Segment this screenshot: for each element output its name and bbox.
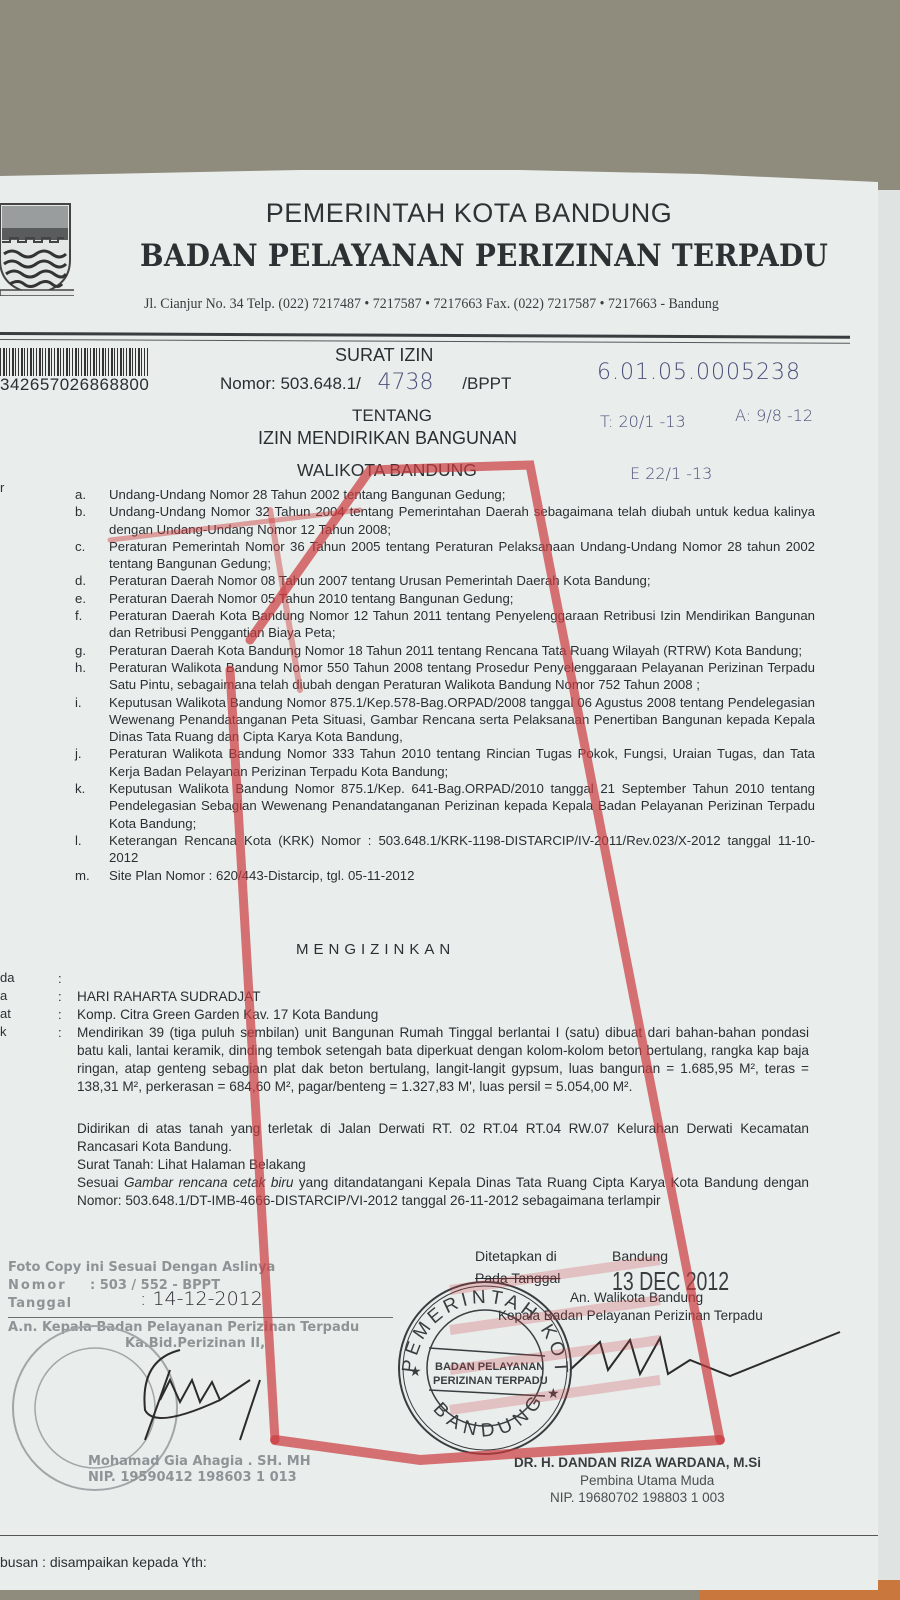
consideration-label: l. [75,832,109,867]
letterhead-rule-thin [0,339,850,344]
svg-text:PERIZINAN TERPADU: PERIZINAN TERPADU [433,1375,548,1387]
svg-text:★: ★ [409,1363,422,1379]
field-colons: :::: [58,970,62,1042]
consideration-label: k. [75,780,109,832]
signer-rank: Pembina Utama Muda [580,1473,714,1488]
letter-number-handwritten: 4738 [378,370,434,395]
letter-title: SURAT IZIN [335,345,433,366]
margin-label: r [0,480,4,495]
plan-reference: Sesuai Gambar rencana cetak biru yang di… [77,1174,809,1210]
handwritten-note-a: A: 9/8 -12 [735,406,813,425]
permit-purpose: Mendirikan 39 (tiga puluh sembilan) unit… [77,1024,809,1096]
on-behalf: An. Walikota Bandung [570,1290,703,1305]
margin-label: a [0,988,7,1003]
svg-text:BADAN PELAYANAN: BADAN PELAYANAN [435,1361,544,1373]
consideration-label: b. [75,503,109,538]
consideration-label: e. [75,590,109,607]
permit-subject: IZIN MENDIRIKAN BANGUNAN [258,428,517,449]
document-page: PEMERINTAH KOTA BANDUNG BADAN PELAYANAN … [0,170,878,1590]
official-seal: PEMERINTAH KOTA BANDUNG BADAN PELAYANAN … [395,1278,575,1458]
consideration-text: Peraturan Daerah Kota Bandung Nomor 12 T… [109,607,815,642]
considerations-list: a.Undang-Undang Nomor 28 Tahun 2002 tent… [75,486,815,884]
land-letter: Surat Tanah: Lihat Halaman Belakang [77,1156,306,1174]
consideration-label: g. [75,642,109,659]
plan-prefix: Sesuai [77,1175,124,1190]
consideration-text: Keputusan Walikota Bandung Nomor 875.1/K… [109,694,815,746]
handwritten-note-e: E 22/1 -13 [630,464,712,483]
permit-holder-address: Komp. Citra Green Garden Kav. 17 Kota Ba… [77,1006,378,1024]
consideration-item: l.Keterangan Rencana Kota (KRK) Nomor : … [75,832,815,867]
consideration-label: c. [75,538,109,573]
decision-heading: MENGIZINKAN [296,941,455,958]
consideration-item: b.Undang-Undang Nomor 32 Tahun 2004 tent… [75,503,815,538]
consideration-text: Peraturan Walikota Bandung Nomor 333 Tah… [109,745,815,780]
letter-number: Nomor: 503.648.1/ 4738 /BPPT [220,370,511,395]
consideration-text: Keterangan Rencana Kota (KRK) Nomor : 50… [109,832,815,867]
permit-location: Didirikan di atas tanah yang terletak di… [77,1120,809,1156]
consideration-item: m.Site Plan Nomor : 620/443-Distarcip, t… [75,867,815,884]
consideration-text: Undang-Undang Nomor 28 Tahun 2002 tentan… [109,486,815,503]
copy-stamp-signer-name: Mohamad Gia Ahagia . SH. MH [88,1454,311,1469]
copy-stamp-title: Foto Copy ini Sesuai Dengan Aslinya [8,1260,275,1275]
barcode-number: 342657026868800 [0,375,149,395]
consideration-label: j. [75,745,109,780]
consideration-label: f. [75,607,109,642]
agency-name: BADAN PELAYANAN PERIZINAN TERPADU [140,238,828,274]
margin-label: da [0,970,14,985]
footer-rule [0,1535,878,1536]
consideration-text: Site Plan Nomor : 620/443-Distarcip, tgl… [109,867,815,884]
barcode [0,348,148,376]
permit-holder-name: HARI RAHARTA SUDRADJAT [77,988,261,1006]
agency-address: Jl. Cianjur No. 34 Telp. (022) 7217487 •… [144,296,719,313]
enact-place-value: Bandung [612,1248,668,1264]
signer-nip: NIP. 19680702 198803 1 003 [550,1490,725,1505]
consideration-label: i. [75,694,109,746]
consideration-item: j.Peraturan Walikota Bandung Nomor 333 T… [75,745,815,780]
cc-line: busan : disampaikan kepada Yth: [0,1554,207,1570]
consideration-item: f.Peraturan Daerah Kota Bandung Nomor 12… [75,607,815,642]
government-name: PEMERINTAH KOTA BANDUNG [0,198,878,229]
consideration-text: Peraturan Daerah Nomor 05 Tahun 2010 ten… [109,590,815,607]
consideration-text: Undang-Undang Nomor 32 Tahun 2004 tentan… [109,503,815,538]
copy-stamp-rule [8,1317,393,1318]
copy-stamp-number-label: Nomor [8,1278,67,1293]
copy-stamp-date-value: : 14-12-2012 [140,1288,263,1310]
consideration-item: c.Peraturan Pemerintah Nomor 36 Tahun 20… [75,538,815,573]
consideration-label: h. [75,659,109,694]
issuer: WALIKOTA BANDUNG [297,460,477,481]
enact-place-label: Ditetapkan di [475,1248,557,1264]
consideration-text: Peraturan Daerah Kota Bandung Nomor 18 T… [109,642,815,659]
consideration-item: k.Keputusan Walikota Bandung Nomor 875.1… [75,780,815,832]
consideration-text: Peraturan Walikota Bandung Nomor 550 Tah… [109,659,815,694]
letter-number-prefix: Nomor: 503.648.1/ [220,374,361,393]
consideration-text: Keputusan Walikota Bandung Nomor 875.1/K… [109,780,815,832]
copy-stamp-signature [100,1340,330,1450]
margin-label: k [0,1024,7,1039]
letterhead-rule-thick [0,332,850,339]
consideration-item: d.Peraturan Daerah Nomor 08 Tahun 2007 t… [75,572,815,589]
consideration-text: Peraturan Daerah Nomor 08 Tahun 2007 ten… [109,572,815,589]
consideration-text: Peraturan Pemerintah Nomor 36 Tahun 2005… [109,538,815,573]
handwritten-reference: 6.01.05.0005238 [597,360,801,385]
consideration-item: g.Peraturan Daerah Kota Bandung Nomor 18… [75,642,815,659]
about-label: TENTANG [352,406,432,426]
copy-stamp-signer-nip: NIP. 19590412 198603 1 013 [88,1470,297,1485]
consideration-item: h.Peraturan Walikota Bandung Nomor 550 T… [75,659,815,694]
consideration-item: a.Undang-Undang Nomor 28 Tahun 2002 tent… [75,486,815,503]
letter-number-suffix: /BPPT [462,374,511,393]
consideration-item: e.Peraturan Daerah Nomor 05 Tahun 2010 t… [75,590,815,607]
svg-text:★: ★ [547,1385,560,1401]
consideration-label: m. [75,867,109,884]
consideration-label: a. [75,486,109,503]
consideration-item: i.Keputusan Walikota Bandung Nomor 875.1… [75,694,815,746]
copy-stamp-date-label: Tanggal [8,1296,72,1311]
margin-label: at [0,1006,11,1021]
plan-italic: Gambar rencana cetak biru [124,1175,294,1190]
handwritten-note-t: T: 20/1 -13 [600,412,686,431]
consideration-label: d. [75,572,109,589]
signature-head [560,1330,850,1390]
